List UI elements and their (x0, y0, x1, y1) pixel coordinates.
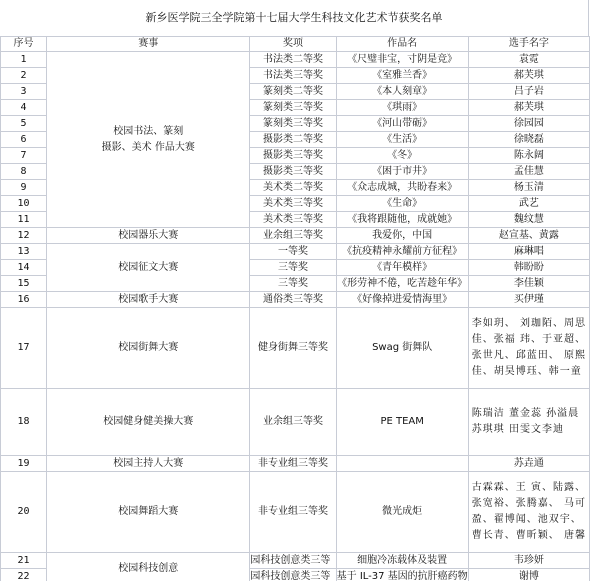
cell-work[interactable]: PE TEAM (336, 389, 468, 456)
cell-no[interactable]: 19 (1, 456, 47, 472)
cell-work[interactable]: 《抗疫精神永耀前方征程》 (336, 244, 468, 260)
cell-award[interactable]: 摄影类三等奖 (250, 164, 336, 180)
cell-work[interactable]: 我爱你，中国 (336, 228, 468, 244)
cell-work[interactable] (336, 456, 468, 472)
cell-name[interactable]: 李佳颖 (468, 276, 589, 292)
cell-event[interactable]: 校园主持人大赛 (47, 456, 250, 472)
table-row: 20 校园舞蹈大赛 非专业组三等奖 微光成炬 古霖霖、王 寅、陆露、张宽裕、张腾… (1, 472, 590, 553)
cell-work[interactable]: 微光成炬 (336, 472, 468, 553)
table-row: 1 校园书法、篆刻 摄影、美术 作品大赛 书法类二等奖 《尺璧非宝，寸阴是竞》 … (1, 52, 590, 68)
cell-event[interactable]: 校园舞蹈大赛 (47, 472, 250, 553)
cell-name[interactable]: 徐园园 (468, 116, 589, 132)
cell-work[interactable]: 《冬》 (336, 148, 468, 164)
cell-name[interactable]: 吕子岩 (468, 84, 589, 100)
cell-no[interactable]: 13 (1, 244, 47, 260)
cell-no[interactable]: 21 (1, 553, 47, 569)
sheet-title: 新乡医学院三全学院第十七届大学生科技文化艺术节获奖名单 (0, 0, 589, 36)
cell-no[interactable]: 20 (1, 472, 47, 553)
cell-award[interactable]: 篆刻类三等奖 (250, 100, 336, 116)
cell-work[interactable]: 《尺璧非宝，寸阴是竞》 (336, 52, 468, 68)
table-row: 12 校园器乐大赛 业余组三等奖 我爱你，中国 赵宣基、黄露 (1, 228, 590, 244)
cell-name[interactable]: 韦珍妍 (468, 553, 589, 569)
cell-award[interactable]: 通俗类三等奖 (250, 292, 336, 308)
cell-award[interactable]: 三等奖 (250, 260, 336, 276)
cell-name[interactable]: 袁霓 (468, 52, 589, 68)
cell-award[interactable]: 美术类三等奖 (250, 196, 336, 212)
cell-award[interactable]: 摄影类三等奖 (250, 148, 336, 164)
cell-no[interactable]: 8 (1, 164, 47, 180)
cell-award[interactable]: 一等奖 (250, 244, 336, 260)
cell-event[interactable]: 校园街舞大赛 (47, 308, 250, 389)
cell-award[interactable]: 三等奖 (250, 276, 336, 292)
cell-award[interactable]: 园科技创意类三等 (250, 569, 336, 581)
cell-award[interactable]: 篆刻类三等奖 (250, 116, 336, 132)
cell-award[interactable]: 书法类三等奖 (250, 68, 336, 84)
cell-no[interactable]: 1 (1, 52, 47, 68)
cell-name[interactable]: 谢博 (468, 569, 589, 581)
table-row: 13 校园征文大赛 一等奖 《抗疫精神永耀前方征程》 麻琳唱 (1, 244, 590, 260)
cell-name[interactable]: 买伊瑾 (468, 292, 589, 308)
cell-work[interactable]: 《好像掉进爱情海里》 (336, 292, 468, 308)
cell-event[interactable]: 校园歌手大赛 (47, 292, 250, 308)
table-row: 18 校园健身健美操大赛 业余组三等奖 PE TEAM 陈瑞洁 董金蕊 孙溢晨 … (1, 389, 590, 456)
cell-name[interactable]: 古霖霖、王 寅、陆露、张宽裕、张腾嘉、 马可盈、翟博闻、池双宇、曹长青、曹昕颖、… (468, 472, 589, 553)
cell-work[interactable]: 《河山带砺》 (336, 116, 468, 132)
table-row: 19 校园主持人大赛 非专业组三等奖 苏垚通 (1, 456, 590, 472)
cell-no[interactable]: 7 (1, 148, 47, 164)
cell-work[interactable]: 《我将跟随他，成就她》 (336, 212, 468, 228)
cell-award[interactable]: 业余组三等奖 (250, 389, 336, 456)
header-work[interactable]: 作品名 (336, 37, 468, 52)
cell-name[interactable]: 武艺 (468, 196, 589, 212)
cell-name[interactable]: 陈瑞洁 董金蕊 孙溢晨 苏琪琪 田雯文李迪 (468, 389, 589, 456)
cell-event[interactable]: 校园征文大赛 (47, 244, 250, 292)
header-row: 序号 赛事 奖项 作品名 选手名字 (1, 37, 590, 52)
cell-award[interactable]: 健身街舞三等奖 (250, 308, 336, 389)
cell-name[interactable]: 杨玉清 (468, 180, 589, 196)
cell-work[interactable]: 《琪雨》 (336, 100, 468, 116)
header-no[interactable]: 序号 (1, 37, 47, 52)
cell-work[interactable]: 细胞冷冻载体及装置 (336, 553, 468, 569)
cell-award[interactable]: 摄影类二等奖 (250, 132, 336, 148)
table-row: 17 校园街舞大赛 健身街舞三等奖 Swag 街舞队 李如玥、 刘珈陌、周思佳、… (1, 308, 590, 389)
cell-award[interactable]: 业余组三等奖 (250, 228, 336, 244)
cell-no[interactable]: 14 (1, 260, 47, 276)
cell-work[interactable]: Swag 街舞队 (336, 308, 468, 389)
cell-name[interactable]: 郝芙琪 (468, 68, 589, 84)
cell-no[interactable]: 12 (1, 228, 47, 244)
cell-name[interactable]: 韩盼盼 (468, 260, 589, 276)
cell-work[interactable]: 《本人刻章》 (336, 84, 468, 100)
table-row: 16 校园歌手大赛 通俗类三等奖 《好像掉进爱情海里》 买伊瑾 (1, 292, 590, 308)
cell-name[interactable]: 魏纹慧 (468, 212, 589, 228)
cell-no[interactable]: 11 (1, 212, 47, 228)
cell-award[interactable]: 美术类三等奖 (250, 212, 336, 228)
cell-no[interactable]: 17 (1, 308, 47, 389)
cell-award[interactable]: 篆刻类二等奖 (250, 84, 336, 100)
cell-name[interactable]: 赵宣基、黄露 (468, 228, 589, 244)
cell-work[interactable]: 《生活》 (336, 132, 468, 148)
header-name[interactable]: 选手名字 (468, 37, 589, 52)
header-award[interactable]: 奖项 (250, 37, 336, 52)
cell-work[interactable]: 《室雅兰香》 (336, 68, 468, 84)
cell-name[interactable]: 孟佳慧 (468, 164, 589, 180)
cell-work[interactable]: 基于 IL-37 基因的抗肝癌药物 (336, 569, 468, 581)
cell-work[interactable]: 《生命》 (336, 196, 468, 212)
cell-event[interactable]: 校园器乐大赛 (47, 228, 250, 244)
cell-no[interactable]: 9 (1, 180, 47, 196)
cell-award[interactable]: 园科技创意类三等 (250, 553, 336, 569)
cell-award[interactable]: 书法类二等奖 (250, 52, 336, 68)
cell-event[interactable]: 校园健身健美操大赛 (47, 389, 250, 456)
cell-name[interactable]: 麻琳唱 (468, 244, 589, 260)
cell-event[interactable]: 校园书法、篆刻 摄影、美术 作品大赛 (47, 52, 250, 228)
cell-no[interactable]: 22 (1, 569, 47, 581)
header-event[interactable]: 赛事 (47, 37, 250, 52)
cell-event[interactable]: 校园科技创意 (47, 553, 250, 581)
cell-no[interactable]: 15 (1, 276, 47, 292)
cell-no[interactable]: 5 (1, 116, 47, 132)
cell-work[interactable]: 《形劳神不倦，吃苦趁年华》 (336, 276, 468, 292)
cell-work[interactable]: 《困于市井》 (336, 164, 468, 180)
cell-award[interactable]: 非专业组三等奖 (250, 472, 336, 553)
cell-name[interactable]: 苏垚通 (468, 456, 589, 472)
cell-work[interactable]: 《青年模样》 (336, 260, 468, 276)
cell-name[interactable]: 郝芙琪 (468, 100, 589, 116)
cell-no[interactable]: 4 (1, 100, 47, 116)
cell-no[interactable]: 16 (1, 292, 47, 308)
cell-work[interactable]: 《众志成城，共盼春来》 (336, 180, 468, 196)
award-table: 序号 赛事 奖项 作品名 选手名字 1 校园书法、篆刻 摄影、美术 作品大赛 书… (0, 36, 590, 581)
cell-no[interactable]: 10 (1, 196, 47, 212)
cell-no[interactable]: 3 (1, 84, 47, 100)
cell-award[interactable]: 非专业组三等奖 (250, 456, 336, 472)
cell-no[interactable]: 6 (1, 132, 47, 148)
cell-award[interactable]: 美术类二等奖 (250, 180, 336, 196)
table-row: 21 校园科技创意 园科技创意类三等 细胞冷冻载体及装置 韦珍妍 (1, 553, 590, 569)
cell-name[interactable]: 李如玥、 刘珈陌、周思佳、张福 玮、于亚超、 张世凡、邱蓝田、 原熙佳、胡昊博珏… (468, 308, 589, 389)
cell-no[interactable]: 18 (1, 389, 47, 456)
spreadsheet: 新乡医学院三全学院第十七届大学生科技文化艺术节获奖名单 序号 赛事 奖项 作品名… (0, 0, 592, 581)
cell-name[interactable]: 陈永阔 (468, 148, 589, 164)
cell-no[interactable]: 2 (1, 68, 47, 84)
cell-name[interactable]: 徐晓磊 (468, 132, 589, 148)
